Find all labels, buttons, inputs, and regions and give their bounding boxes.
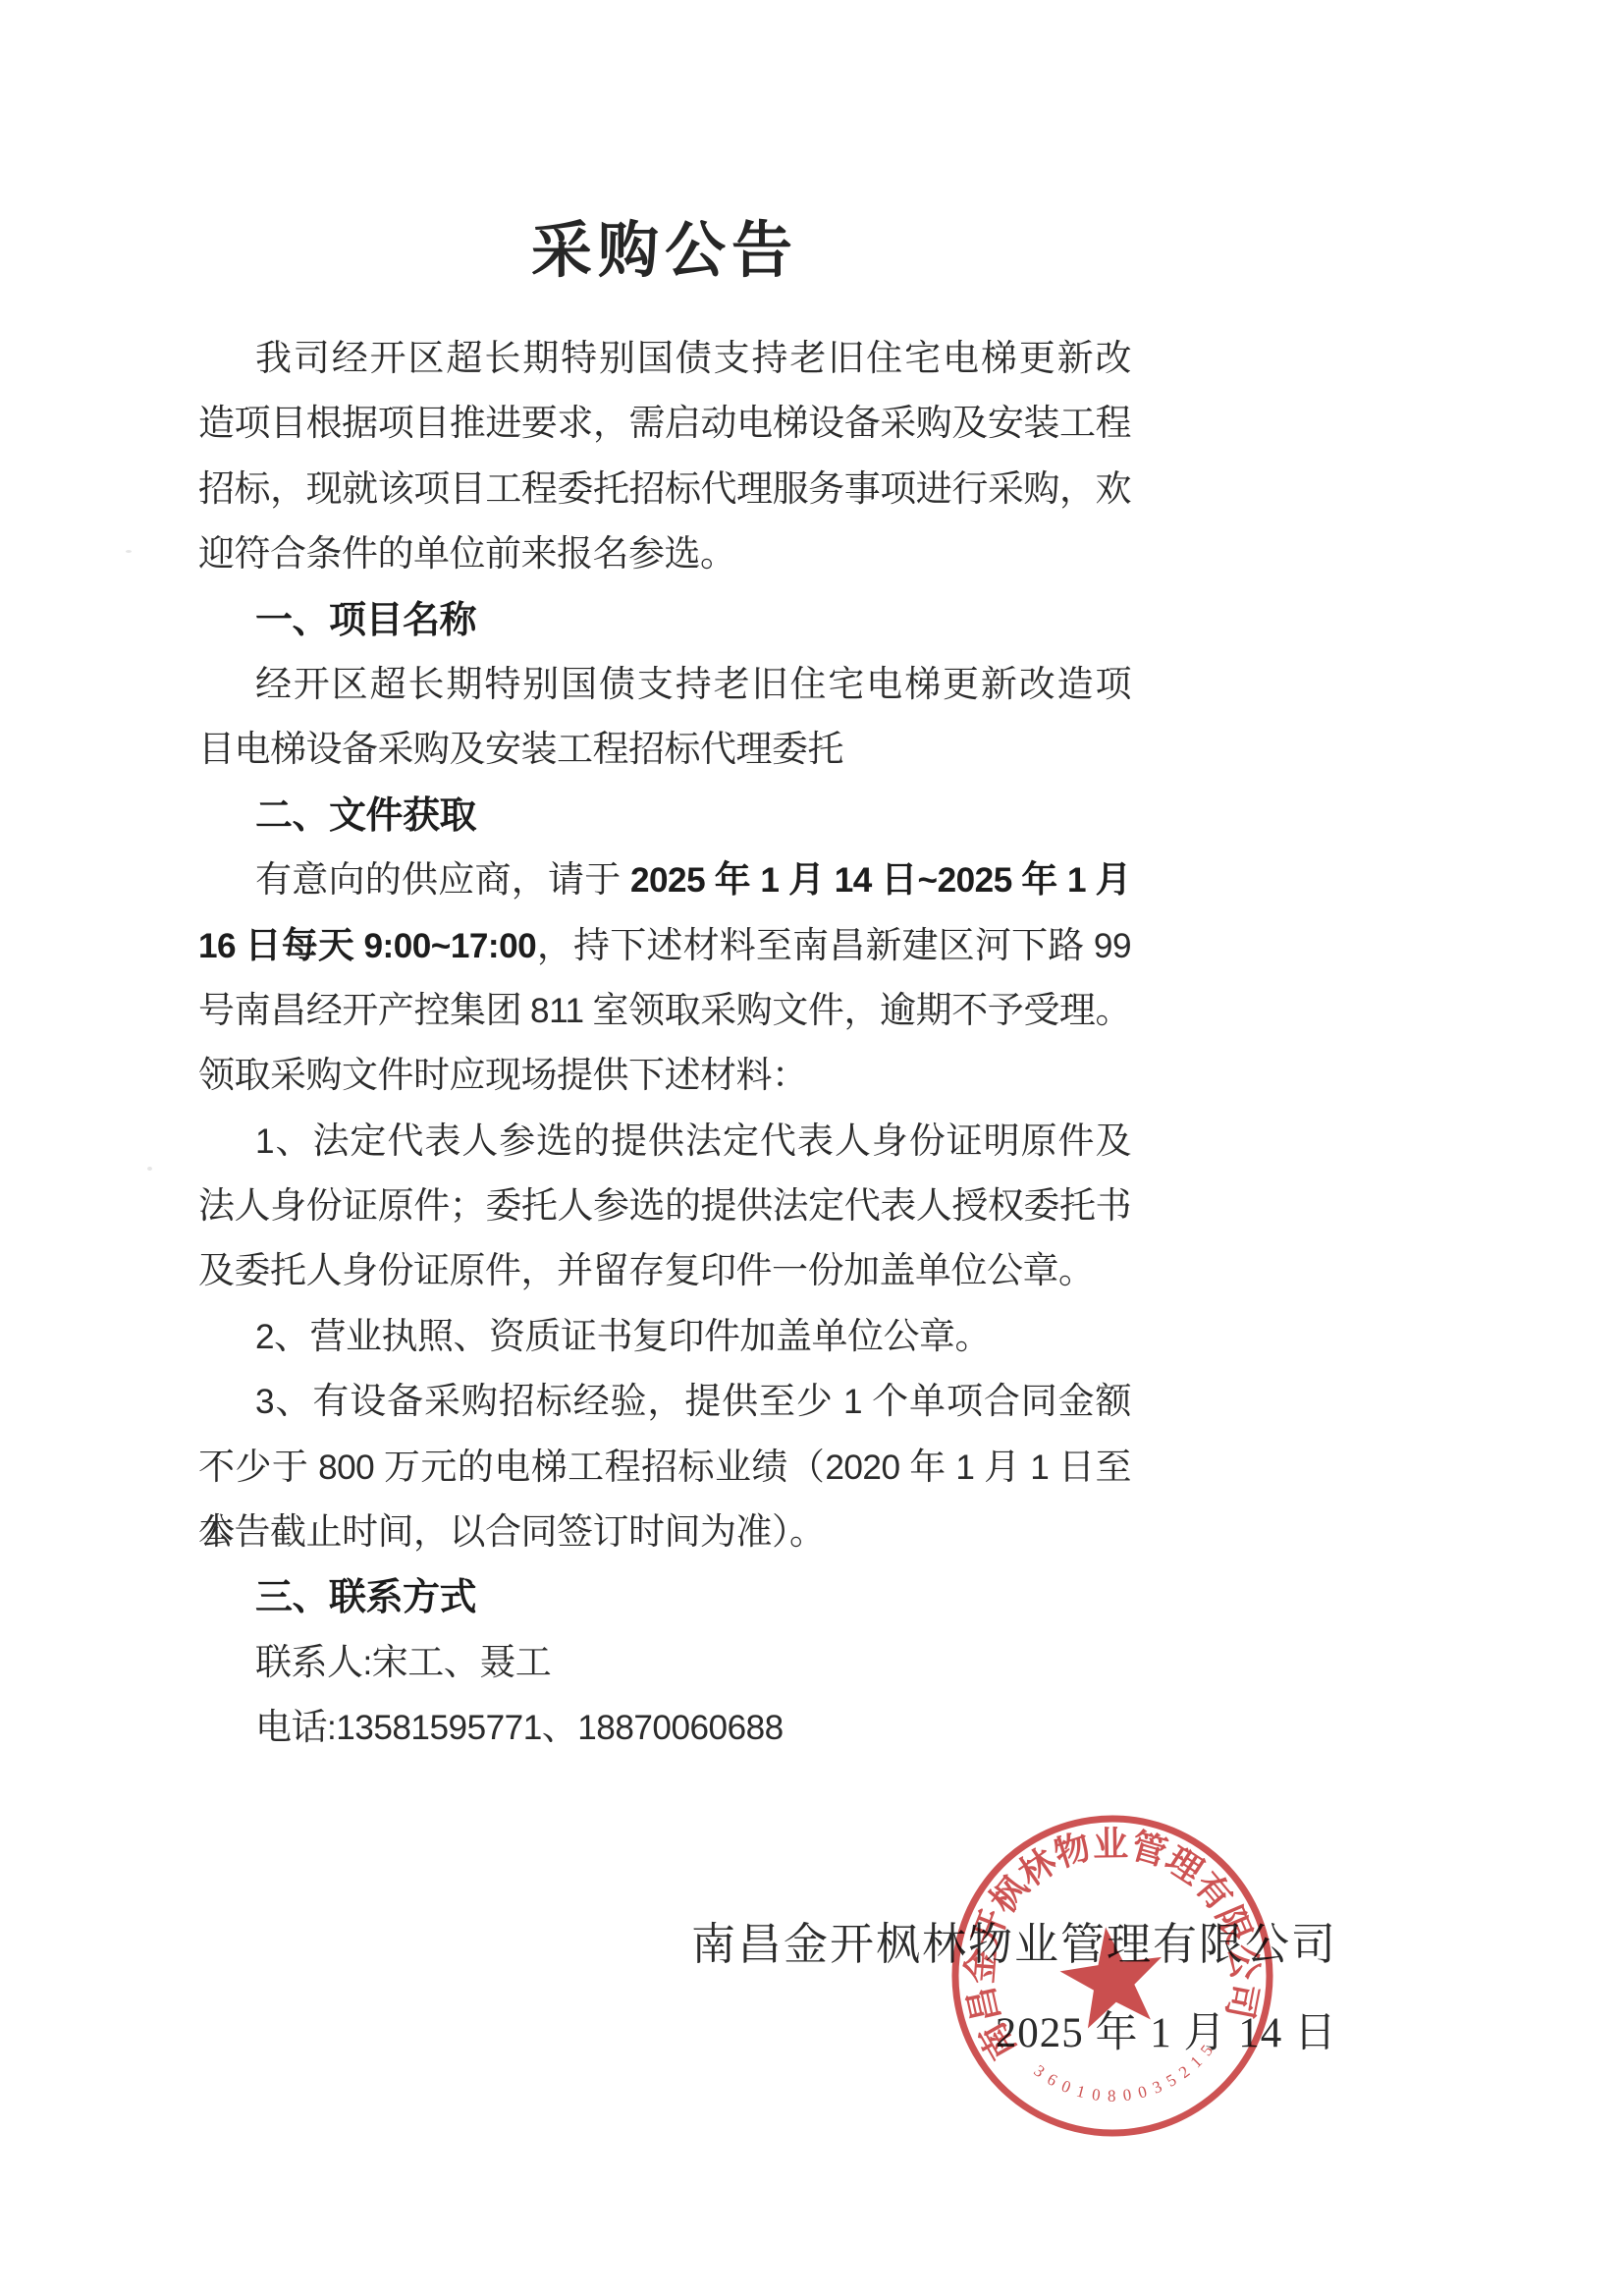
section-heading: 一、项目名称 — [198, 588, 1131, 653]
text-line: 16 日每天 9:00~17:00，持下述材料至南昌新建区河下路 99 — [198, 914, 1131, 979]
official-seal-stamp: 南昌金开枫林物业管理有限公司 3601080035215 — [907, 1771, 1318, 2181]
text-line: 及委托人身份证原件，并留存复印件一份加盖单位公章。 — [198, 1239, 1131, 1304]
text-line: 电话:13581595771、18870060688 — [198, 1696, 1131, 1761]
text-line: 3、有设备采购招标经验，提供至少 1 个单项合同金额 — [198, 1370, 1131, 1435]
text-line: 公告截止时间，以合同签订时间为准）。 — [198, 1501, 1131, 1565]
text-line: 我司经开区超长期特别国债支持老旧住宅电梯更新改 — [198, 327, 1131, 392]
stamp-star-icon — [1055, 1920, 1169, 2031]
text-line: 号南昌经开产控集团 811 室领取采购文件，逾期不予受理。 — [198, 979, 1131, 1044]
text-line: 目电梯设备采购及安装工程招标代理委托 — [198, 718, 1131, 783]
stamp-code: 3601080035215 — [1029, 2037, 1224, 2117]
text-line: 不少于 800 万元的电梯工程招标业绩（2020 年 1 月 1 日至本 — [198, 1436, 1131, 1501]
section-heading: 三、联系方式 — [198, 1565, 1131, 1630]
text-line: 有意向的供应商，请于 2025 年 1 月 14 日~2025 年 1 月 — [198, 848, 1131, 913]
text-line: 招标，现就该项目工程委托招标代理服务事项进行采购，欢 — [198, 458, 1131, 522]
scan-speck — [147, 1167, 152, 1171]
text-line: 经开区超长期特别国债支持老旧住宅电梯更新改造项 — [198, 653, 1131, 718]
scan-speck — [126, 550, 132, 553]
text-line: 迎符合条件的单位前来报名参选。 — [198, 522, 1131, 587]
document-body: 我司经开区超长期特别国债支持老旧住宅电梯更新改造项目根据项目推进要求，需启动电梯… — [198, 327, 1131, 1762]
text-line: 2、营业执照、资质证书复印件加盖单位公章。 — [198, 1305, 1131, 1370]
text-line: 造项目根据项目推进要求，需启动电梯设备采购及安装工程 — [198, 392, 1131, 457]
page-title: 采购公告 — [198, 201, 1131, 289]
text-line: 法人身份证原件；委托人参选的提供法定代表人授权委托书 — [198, 1175, 1131, 1239]
text-line: 领取采购文件时应现场提供下述材料： — [198, 1044, 1131, 1109]
document-page: 采购公告 我司经开区超长期特别国债支持老旧住宅电梯更新改造项目根据项目推进要求，… — [0, 0, 1623, 2296]
text-line: 联系人:宋工、聂工 — [198, 1631, 1131, 1696]
text-line: 1、法定代表人参选的提供法定代表人身份证明原件及 — [198, 1110, 1131, 1175]
section-heading: 二、文件获取 — [198, 784, 1131, 848]
